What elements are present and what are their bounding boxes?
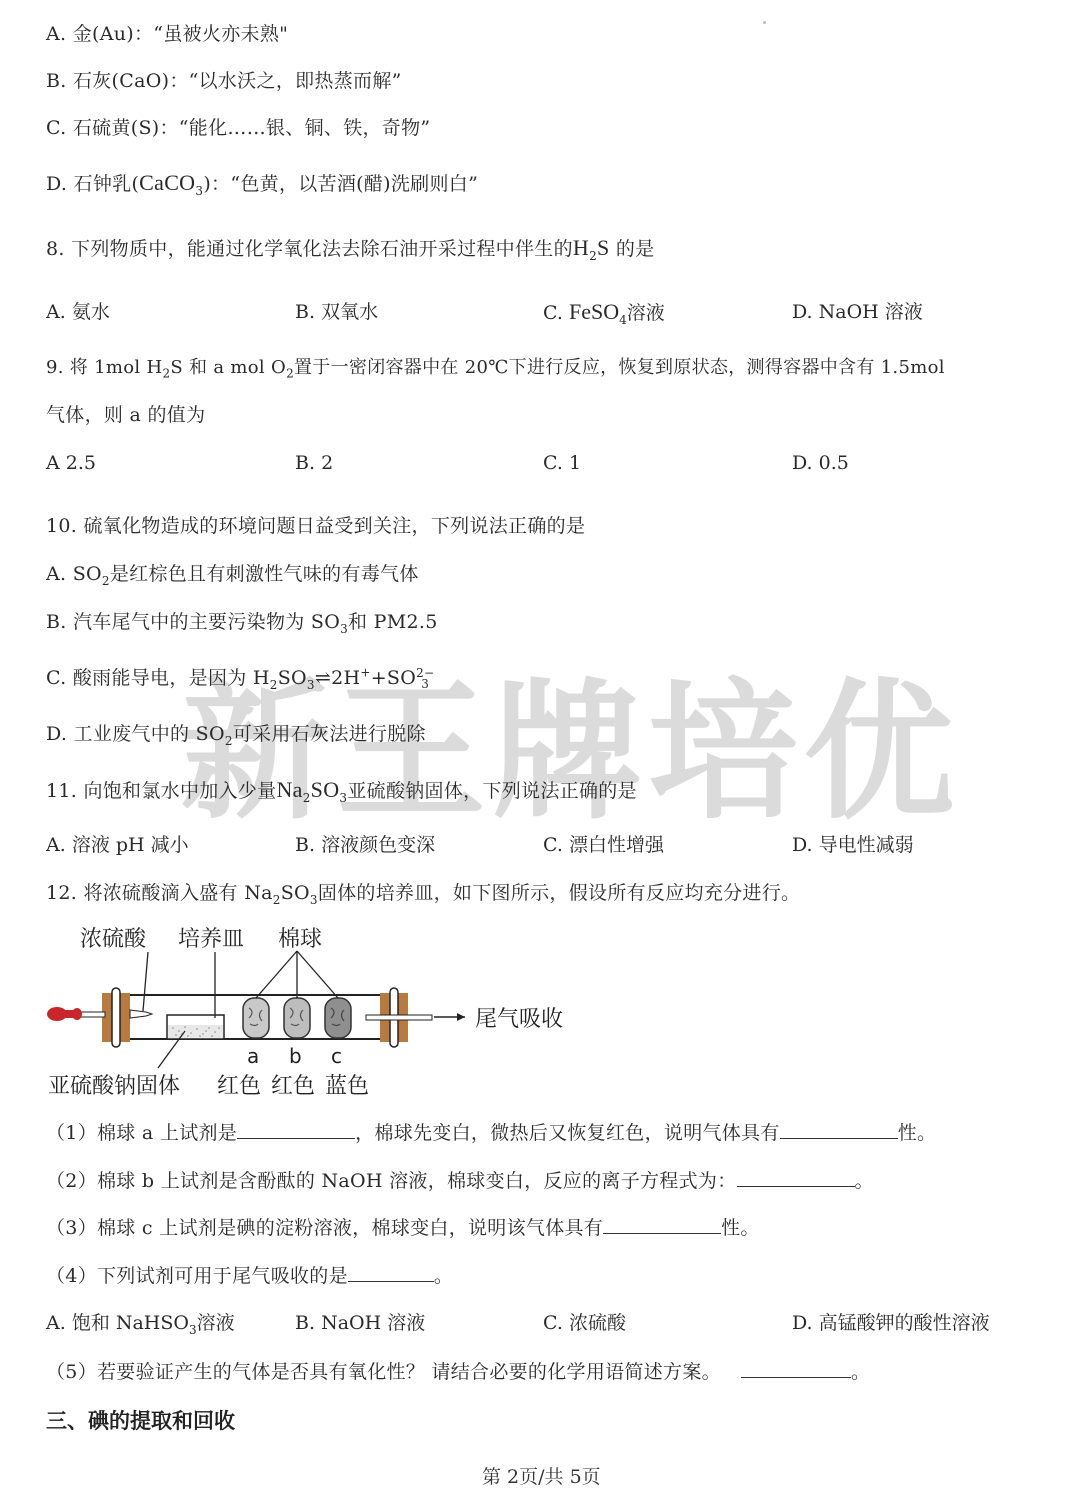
subscript: 4: [619, 313, 627, 327]
option-letter: C.: [543, 834, 563, 856]
section-title: 三、碘的提取和回收: [46, 1405, 235, 1435]
question-text: （2）棉球 b 上试剂是含酚酞的 NaOH 溶液，棉球变白，反应的离子方程式为：: [46, 1170, 737, 1192]
ball-color-c: 蓝色: [325, 1069, 369, 1100]
answer-blank-4[interactable]: [348, 1263, 434, 1282]
q11-stem: 11. 向饱和氯水中加入少量Na2SO3亚硫酸钠固体，下列说法正确的是: [46, 778, 637, 803]
q7-option-c: C. 石硫黄(S)：“能化……银、铜、铁，奇物”: [46, 116, 430, 140]
q9-option-a: A 2.5: [46, 451, 96, 475]
question-text: 。: [434, 1265, 453, 1287]
option-letter: B.: [295, 301, 315, 323]
option-letter: A.: [46, 1312, 66, 1334]
formula: CaCO: [139, 170, 195, 195]
q10-stem: 10. 硫氧化物造成的环境问题日益受到关注，下列说法正确的是: [46, 514, 585, 538]
charge-stack: 2−3: [416, 668, 434, 690]
stray-dot: [763, 21, 766, 24]
q12-sub4-option-c: C. 浓硫酸: [543, 1311, 626, 1335]
q8-option-b: B. 双氧水: [295, 300, 378, 324]
option-text: )：“色黄，以苦酒(醋)洗刷则白”: [203, 173, 478, 195]
q10-option-c: C. 酸雨能导电，是因为 H2SO3⇌2H++SO2−3: [46, 666, 434, 690]
q12-sub4-option-b: B. NaOH 溶液: [295, 1311, 425, 1335]
q9-stem-line2: 气体，则 a 的值为: [46, 403, 205, 427]
subscript: 2: [270, 678, 278, 692]
formula: Na: [276, 777, 302, 802]
option-letter: B.: [46, 70, 67, 92]
option-text: 是红棕色且有刺激性气味的有毒气体: [110, 563, 419, 585]
option-text: 可采用石灰法进行脱除: [233, 723, 426, 745]
formula: 2H: [331, 667, 360, 689]
subscript: 3: [340, 622, 348, 636]
q11-option-a: A. 溶液 pH 减小: [46, 833, 189, 857]
option-text: 2: [321, 452, 333, 474]
question-text: 11. 向饱和氯水中加入少量: [46, 780, 276, 802]
label-exhaust-absorption: 尾气吸收: [475, 1002, 563, 1033]
ball-letter-a: a: [247, 1044, 259, 1068]
option-text: 漂白性增强: [569, 834, 664, 856]
option-letter: B.: [295, 452, 315, 474]
q12-sub4: （4）下列试剂可用于尾气吸收的是。: [46, 1263, 453, 1288]
q11-option-d: D. 导电性减弱: [792, 833, 914, 857]
formula: S: [597, 235, 610, 260]
option-text: 浓硫酸: [569, 1312, 626, 1334]
question-text: 。: [851, 1361, 870, 1383]
q8-option-a: A. 氨水: [46, 300, 110, 324]
formula: +SO: [371, 667, 416, 689]
q12-sub4-option-a: A. 饱和 NaHSO3溶液: [46, 1311, 235, 1335]
option-letter: A: [46, 452, 60, 474]
option-text: 溶液 pH 减小: [72, 834, 189, 856]
q11-option-b: B. 溶液颜色变深: [295, 833, 435, 857]
option-text: 双氧水: [321, 301, 378, 323]
q12-sub2: （2）棉球 b 上试剂是含酚酞的 NaOH 溶液，棉球变白，反应的离子方程式为：…: [46, 1168, 874, 1193]
q12-sub4-option-d: D. 高锰酸钾的酸性溶液: [792, 1311, 990, 1335]
subscript: 3: [416, 679, 434, 690]
option-text: 导电性减弱: [819, 834, 914, 856]
question-text: 。: [855, 1170, 874, 1192]
answer-blank-3[interactable]: [603, 1215, 721, 1234]
option-letter: D.: [792, 834, 813, 856]
question-text: （1）棉球 a 上试剂是: [46, 1122, 237, 1144]
q10-option-d: D. 工业废气中的 SO2可采用石灰法进行脱除: [46, 722, 426, 746]
question-text: 12. 将浓硫酸滴入盛有 Na: [46, 882, 273, 904]
option-letter: A.: [46, 301, 66, 323]
label-sodium-sulfite-solid: 亚硫酸钠固体: [48, 1069, 180, 1100]
q8-option-c: C. FeSO4溶液: [543, 300, 665, 325]
option-letter: D.: [792, 301, 813, 323]
option-text: 和 PM2.5: [348, 611, 438, 633]
q9-option-c: C. 1: [543, 451, 581, 475]
subscript: 3: [189, 1323, 197, 1337]
option-text: NaOH 溶液: [321, 1312, 425, 1334]
q8-stem: 8. 下列物质中，能通过化学氧化法去除石油开采过程中伴生的H2S 的是: [46, 236, 655, 261]
formula: SO: [311, 777, 340, 802]
option-text: NaOH 溶液: [819, 301, 923, 323]
formula: SO: [278, 667, 307, 689]
option-text: 金(Au)：“虽被火亦未熟": [73, 23, 288, 45]
subscript: 2: [102, 574, 110, 588]
question-text: 9. 将 1mol H: [46, 357, 162, 378]
option-text: 溶液颜色变深: [321, 834, 435, 856]
option-text: 石灰(CaO)：“以水沃之，即热蒸而解”: [73, 70, 402, 92]
option-text: D. 工业废气中的 SO: [46, 723, 225, 745]
q12-sub3: （3）棉球 c 上试剂是碘的淀粉溶液，棉球变白，说明该气体具有性。: [46, 1215, 760, 1240]
ball-letter-c: c: [331, 1044, 342, 1068]
option-letter: A.: [46, 23, 66, 45]
answer-blank-5[interactable]: [741, 1359, 851, 1378]
q9-option-d: D. 0.5: [792, 451, 849, 475]
question-text: 亚硫酸钠固体，下列说法正确的是: [347, 780, 637, 802]
option-text: 溶液: [627, 302, 665, 324]
subscript: 2: [273, 893, 281, 907]
subscript: 2: [303, 791, 311, 805]
equilibrium-arrow-icon: ⇌: [315, 667, 331, 689]
question-text: 性。: [721, 1217, 760, 1239]
question-text: （3）棉球 c 上试剂是碘的淀粉溶液，棉球变白，说明该气体具有: [46, 1217, 603, 1239]
subscript: 2: [225, 734, 233, 748]
formula: SO: [281, 882, 310, 904]
page-footer: 第 2页/共 5页: [482, 1462, 601, 1489]
subscript: 2: [286, 367, 294, 381]
option-letter: C.: [543, 1312, 563, 1334]
option-letter: D.: [792, 452, 813, 474]
q12-stem: 12. 将浓硫酸滴入盛有 Na2SO3固体的培养皿，如下图所示，假设所有反应均充…: [46, 881, 800, 905]
question-text: 置于一密闭容器中在 20℃下进行反应，恢复到原状态，测得容器中含有 1.5mol: [294, 357, 945, 378]
answer-blank-2[interactable]: [737, 1168, 855, 1187]
option-text: 1: [569, 452, 581, 474]
q12-sub5: （5）若要验证产生的气体是否具有氧化性？ 请结合必要的化学用语简述方案。。: [46, 1359, 870, 1384]
option-letter: C.: [543, 302, 563, 324]
option-text: 0.5: [819, 452, 849, 474]
option-text: 氨水: [72, 301, 110, 323]
answer-blank-1b[interactable]: [780, 1120, 898, 1139]
q9-stem-line1: 9. 将 1mol H2S 和 a mol O2置于一密闭容器中在 20℃下进行…: [46, 356, 945, 380]
option-text: 高锰酸钾的酸性溶液: [819, 1312, 990, 1334]
q11-option-c: C. 漂白性增强: [543, 833, 664, 857]
q8-option-d: D. NaOH 溶液: [792, 300, 923, 324]
superscript: +: [360, 666, 370, 680]
subscript: 2: [589, 249, 597, 263]
q12-sub1: （1）棉球 a 上试剂是，棉球先变白，微热后又恢复红色，说明气体具有性。: [46, 1120, 936, 1145]
option-text: 石硫黄(S)：“能化……银、铜、铁，奇物”: [73, 117, 431, 139]
question-text: （4）下列试剂可用于尾气吸收的是: [46, 1265, 348, 1287]
q7-option-a: A. 金(Au)：“虽被火亦未熟": [46, 22, 288, 46]
question-text: ，棉球先变白，微热后又恢复红色，说明气体具有: [355, 1122, 780, 1144]
formula: FeSO: [569, 299, 619, 324]
option-letter: D.: [792, 1312, 813, 1334]
option-text: 石钟乳(: [74, 173, 140, 195]
option-letter: D.: [46, 173, 67, 195]
question-text: （5）若要验证产生的气体是否具有氧化性？ 请结合必要的化学用语简述方案。: [46, 1361, 721, 1383]
subscript: 3: [310, 893, 318, 907]
option-text: A. SO: [46, 563, 102, 585]
label-concentrated-sulfuric-acid: 浓硫酸: [80, 922, 146, 953]
q10-option-a: A. SO2是红棕色且有刺激性气味的有毒气体: [46, 562, 419, 586]
q9-option-b: B. 2: [295, 451, 333, 475]
option-letter: B.: [295, 1312, 315, 1334]
option-text: B. 汽车尾气中的主要污染物为 SO: [46, 611, 340, 633]
question-text: S 和 a mol O: [170, 357, 286, 378]
question-text: 的是: [610, 238, 655, 260]
option-letter: A.: [46, 834, 66, 856]
option-letter: C.: [543, 452, 563, 474]
answer-blank-1a[interactable]: [237, 1120, 355, 1139]
option-letter: B.: [295, 834, 315, 856]
formula: H: [573, 235, 589, 260]
question-text: 8. 下列物质中，能通过化学氧化法去除石油开采过程中伴生的: [46, 238, 573, 260]
subscript: 3: [307, 678, 315, 692]
option-text: 饱和 NaHSO: [72, 1312, 189, 1334]
question-text: 性。: [898, 1122, 937, 1144]
apparatus-diagram: 浓硫酸 培养皿 棉球 尾气吸收 a b c 亚硫酸钠固体 红色 红色 蓝色: [40, 918, 600, 1104]
option-text: C. 酸雨能导电，是因为 H: [46, 667, 270, 689]
q7-option-b: B. 石灰(CaO)：“以水沃之，即热蒸而解”: [46, 69, 402, 93]
label-cotton-balls: 棉球: [278, 922, 322, 953]
option-text: 溶液: [197, 1312, 235, 1334]
question-text: 固体的培养皿，如下图所示，假设所有反应均充分进行。: [318, 882, 801, 904]
ball-letter-b: b: [289, 1044, 302, 1068]
label-petri-dish: 培养皿: [178, 922, 244, 953]
watermark: 新王牌培优: [180, 668, 960, 838]
q10-option-b: B. 汽车尾气中的主要污染物为 SO3和 PM2.5: [46, 610, 438, 634]
option-letter: C.: [46, 117, 67, 139]
option-text: 2.5: [66, 452, 96, 474]
q7-option-d: D. 石钟乳(CaCO3)：“色黄，以苦酒(醋)洗刷则白”: [46, 171, 478, 196]
ball-color-b: 红色: [271, 1069, 315, 1100]
ball-color-a: 红色: [217, 1069, 261, 1100]
